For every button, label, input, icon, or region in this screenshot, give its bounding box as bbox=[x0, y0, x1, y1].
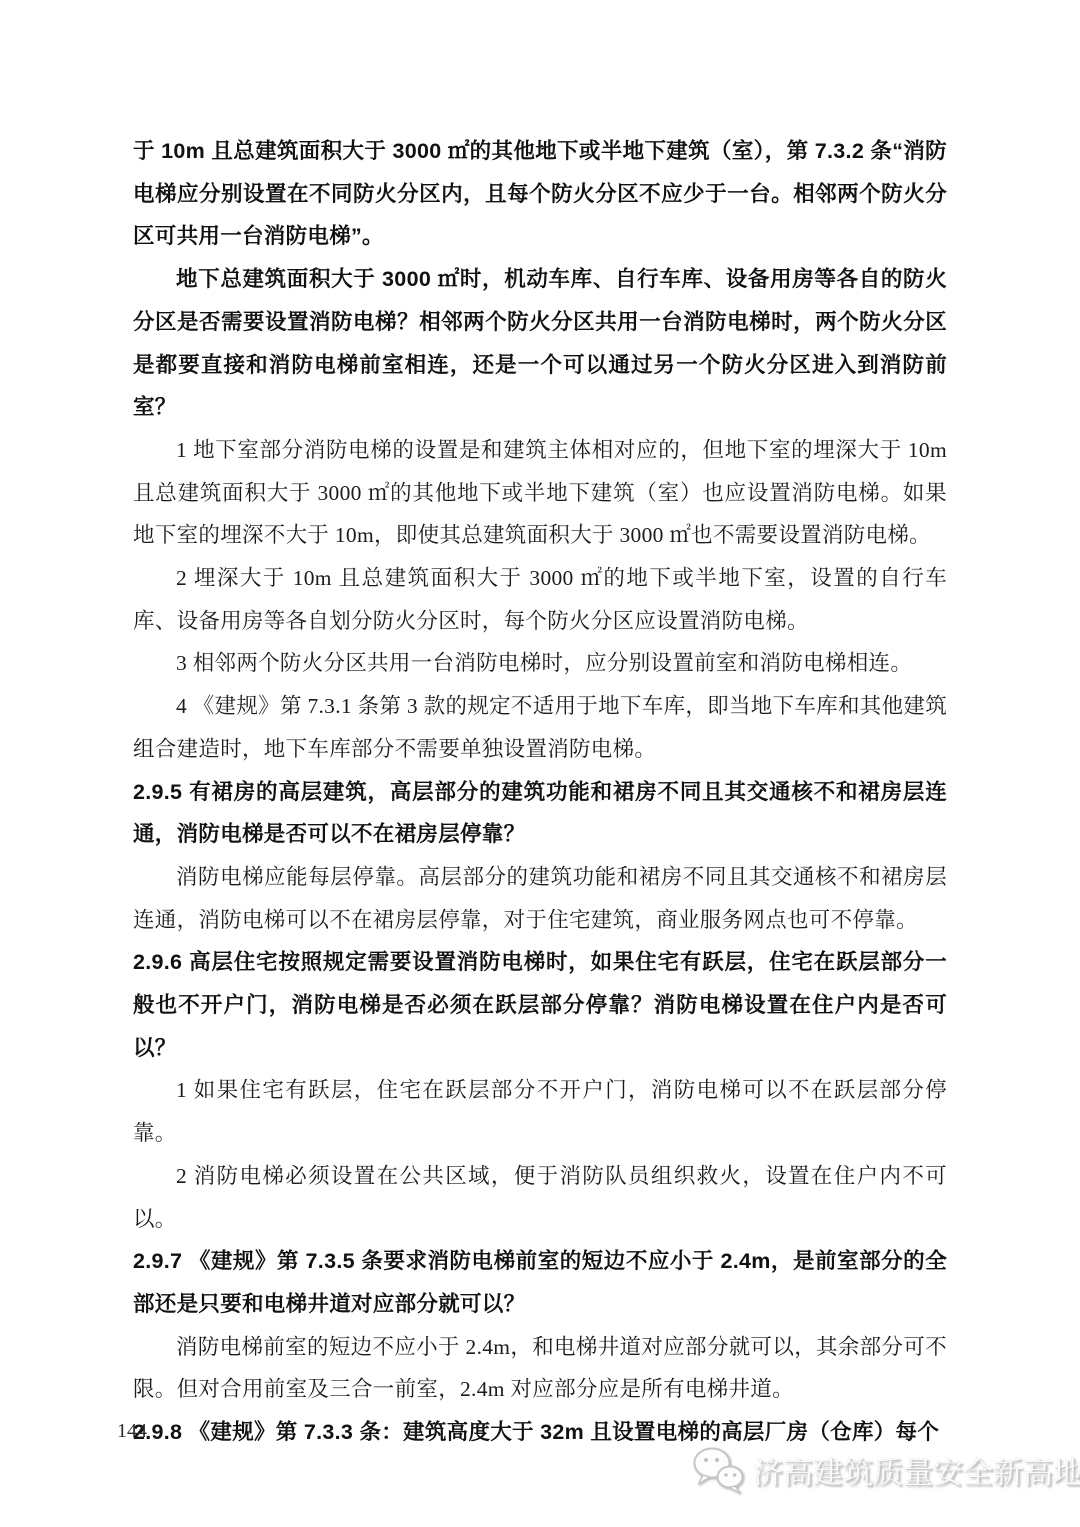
document-page: 于 10m 且总建筑面积大于 3000 ㎡的其他地下或半地下建筑（室），第 7.… bbox=[0, 0, 1080, 1527]
paragraph-question: 2.9.6 高层住宅按照规定需要设置消防电梯时，如果住宅有跃层，住宅在跃层部分一… bbox=[133, 941, 947, 1069]
paragraph-answer: 2 消防电梯必须设置在公共区域，便于消防队员组织救火，设置在住户内不可以。 bbox=[133, 1155, 947, 1240]
paragraph-answer: 消防电梯前室的短边不应小于 2.4m，和电梯井道对应部分就可以，其余部分可不限。… bbox=[133, 1326, 947, 1411]
watermark-text: 济高建筑质量安全新高地 bbox=[753, 1448, 1080, 1492]
paragraph-answer: 1 如果住宅有跃层，住宅在跃层部分不开户门，消防电梯可以不在跃层部分停靠。 bbox=[133, 1069, 947, 1154]
paragraph-question: 2.9.7 《建规》第 7.3.5 条要求消防电梯前室的短边不应小于 2.4m，… bbox=[133, 1240, 947, 1325]
paragraph-question: 于 10m 且总建筑面积大于 3000 ㎡的其他地下或半地下建筑（室），第 7.… bbox=[133, 130, 947, 258]
paragraph-question: 地下总建筑面积大于 3000 ㎡时，机动车库、自行车库、设备用房等各自的防火分区… bbox=[133, 258, 947, 429]
paragraph-answer: 4 《建规》第 7.3.1 条第 3 款的规定不适用于地下车库，即当地下车库和其… bbox=[133, 685, 947, 770]
wechat-icon bbox=[692, 1446, 744, 1494]
paragraph-answer: 1 地下室部分消防电梯的设置是和建筑主体相对应的，但地下室的埋深大于 10m 且… bbox=[133, 429, 947, 557]
page-number: 144 bbox=[117, 1420, 147, 1443]
document-body: 于 10m 且总建筑面积大于 3000 ㎡的其他地下或半地下建筑（室），第 7.… bbox=[133, 130, 947, 1454]
watermark: 济高建筑质量安全新高地 bbox=[692, 1446, 1080, 1494]
paragraph-answer: 2 埋深大于 10m 且总建筑面积大于 3000 ㎡的地下或半地下室，设置的自行… bbox=[133, 557, 947, 642]
paragraph-question: 2.9.5 有裙房的高层建筑，高层部分的建筑功能和裙房不同且其交通核不和裙房层连… bbox=[133, 771, 947, 856]
paragraph-answer: 消防电梯应能每层停靠。高层部分的建筑功能和裙房不同且其交通核不和裙房层连通，消防… bbox=[133, 856, 947, 941]
paragraph-answer: 3 相邻两个防火分区共用一台消防电梯时，应分别设置前室和消防电梯相连。 bbox=[133, 642, 947, 685]
